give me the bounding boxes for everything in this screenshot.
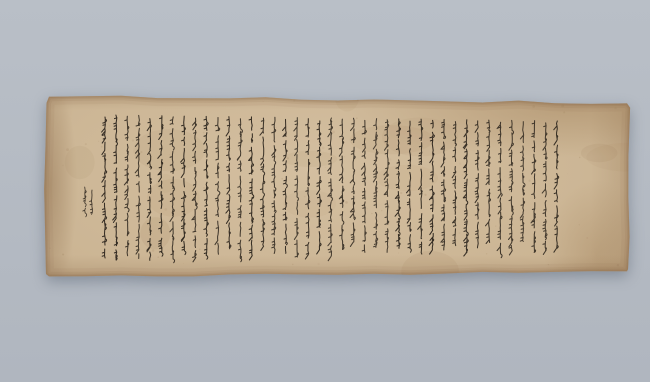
manuscript-paper — [44, 94, 632, 277]
manuscript-photo — [0, 0, 650, 382]
manuscript-paper-shadow — [44, 94, 632, 277]
manuscript-ink-layer — [44, 94, 632, 277]
